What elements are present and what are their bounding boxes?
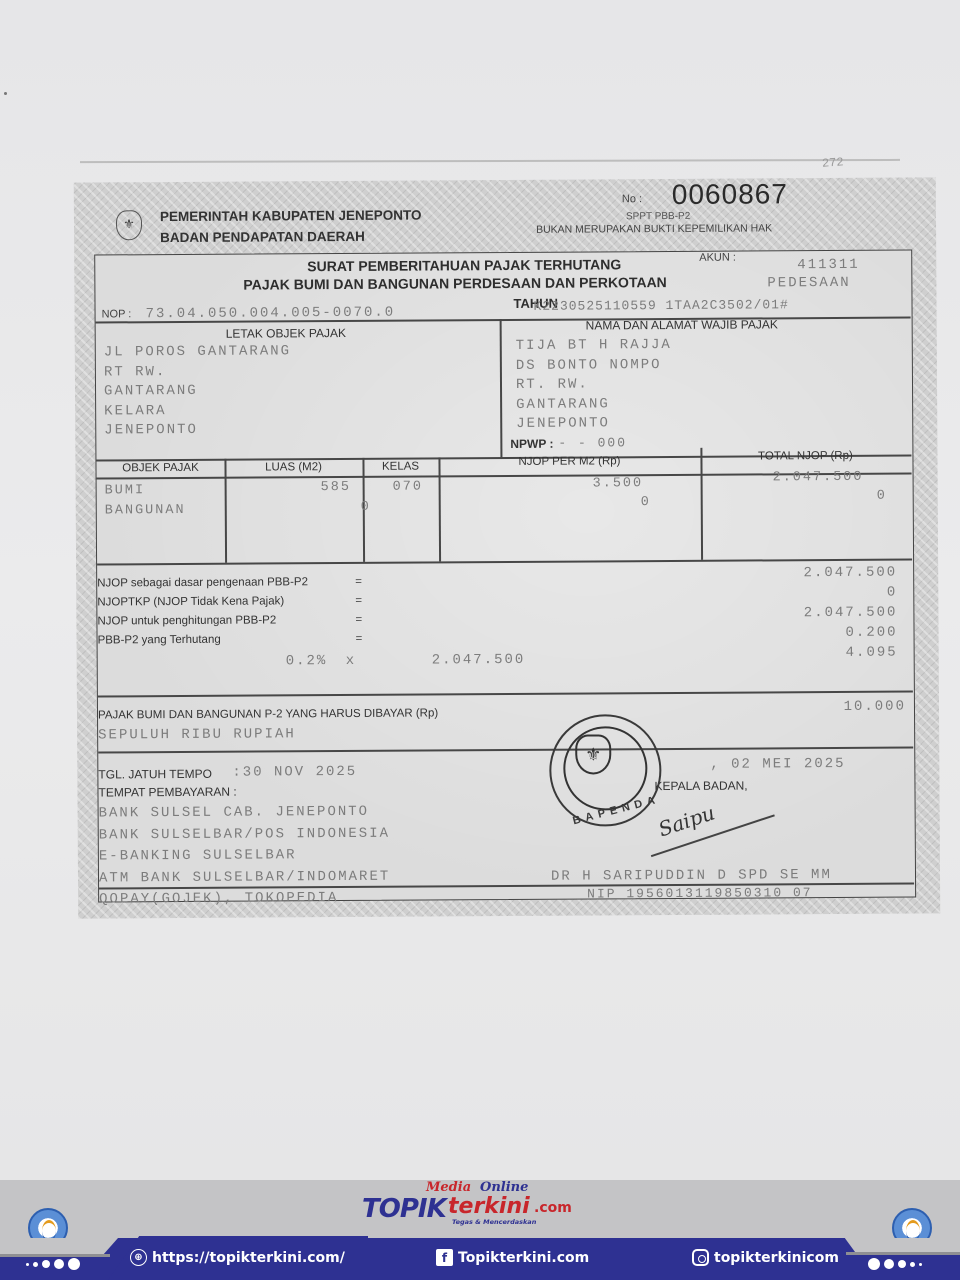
globe-icon: ⊕ (130, 1249, 147, 1266)
col-njop-per-m2: NJOP PER M2 (Rp) (438, 455, 700, 469)
payable-in-words: SEPULUH RIBU RUPIAH (98, 726, 296, 743)
paper-speck (4, 92, 7, 95)
facebook-link[interactable]: f Topikterkini.com (436, 1249, 589, 1266)
letak-objek-heading: LETAK OBJEK PAJAK (226, 326, 346, 341)
npwp-value: - - 000 (558, 435, 627, 450)
signatory-name: DR H SARIPUDDIN D SPD SE MM (551, 867, 832, 885)
col-total-njop: TOTAL NJOP (Rp) (700, 450, 910, 463)
akun-type: PEDESAAN (767, 275, 850, 292)
letak-objek-address: JL POROS GANTARANG RT RW. GANTARANG KELA… (104, 342, 292, 441)
doc-number-label: No : (622, 193, 642, 205)
tax-rate: 0.2% (286, 653, 328, 669)
ownership-disclaimer: BUKAN MERUPAKAN BUKTI KEPEMILIKAN HAK (536, 222, 772, 235)
payable-label: PAJAK BUMI DAN BANGUNAN P-2 YANG HARUS D… (98, 707, 438, 721)
akun-label: AKUN : (699, 252, 736, 264)
decorative-dots (868, 1258, 922, 1270)
wajib-pajak-address: TIJA BT H RAJJA DS BONTO NOMPO RT. RW. G… (516, 336, 673, 434)
form-subtitle: PAJAK BUMI DAN BANGUNAN PERDESAAN DAN PE… (243, 274, 666, 293)
payable-amount: 10.000 (844, 699, 907, 715)
official-stamp: ⚜ BAPENDA (549, 714, 662, 827)
stamp-emblem-icon: ⚜ (575, 734, 611, 774)
col-objek-pajak: OBJEK PAJAK (96, 462, 224, 475)
decorative-dots (26, 1258, 80, 1270)
form-title: SURAT PEMBERITAHUAN PAJAK TERHUTANG (307, 256, 621, 274)
signatory-nip: NIP 1956013119850310 07 (587, 885, 813, 901)
page-mark: 272 (822, 155, 845, 170)
instagram-icon (692, 1249, 709, 1266)
doc-type: SPPT PBB-P2 (626, 211, 690, 222)
akun-value: 411311 (797, 257, 860, 273)
website-link[interactable]: ⊕ https://topikterkini.com/ (130, 1249, 345, 1266)
instagram-link[interactable]: topikterkinicom (692, 1249, 839, 1266)
nop-label: NOP : (102, 308, 132, 320)
reference-code: K2230525110559 1TAA2C3502/01# (533, 297, 788, 314)
payment-places-label: TEMPAT PEMBAYARAN : (98, 785, 236, 800)
government-name: PEMERINTAH KABUPATEN JENEPONTO (160, 208, 422, 225)
due-date: :30 NOV 2025 (232, 764, 357, 781)
col-luas: LUAS (M2) (224, 461, 362, 474)
npwp-label: NPWP : (510, 437, 553, 451)
payment-places-list: BANK SULSEL CAB. JENEPONTO BANK SULSELBA… (99, 802, 391, 911)
njop-calculation: NJOP sebagai dasar pengenaan PBB-P2 = NJ… (97, 573, 898, 678)
wajib-pajak-heading: NAMA DAN ALAMAT WAJIB PAJAK (586, 317, 778, 332)
due-date-label: TGL. JATUH TEMPO (98, 767, 212, 782)
doc-number: 0060867 (672, 178, 788, 211)
tax-base: 2.047.500 (432, 652, 526, 669)
agency-name: BADAN PENDAPATAN DAERAH (160, 229, 365, 245)
tax-owed: 4.095 (846, 645, 898, 661)
sppt-form: ⚜ PEMERINTAH KABUPATEN JENEPONTO BADAN P… (74, 177, 940, 918)
regency-emblem-icon: ⚜ (116, 210, 142, 240)
times-sign: x (346, 653, 357, 669)
signatory-position: KEPALA BADAN, (654, 779, 747, 794)
table-row: BUMI 585 070 3.500 2.047.500 (95, 251, 911, 256)
col-kelas: KELAS (362, 460, 438, 472)
brand-logo: Media Online TOPIK terkini .com Tegas & … (362, 1180, 602, 1230)
issue-date: , 02 MEI 2025 (710, 756, 845, 773)
table-row: BANGUNAN 0 0 0 (95, 251, 911, 256)
facebook-icon: f (436, 1249, 453, 1266)
form-body: SURAT PEMBERITAHUAN PAJAK TERHUTANG PAJA… (94, 250, 916, 903)
